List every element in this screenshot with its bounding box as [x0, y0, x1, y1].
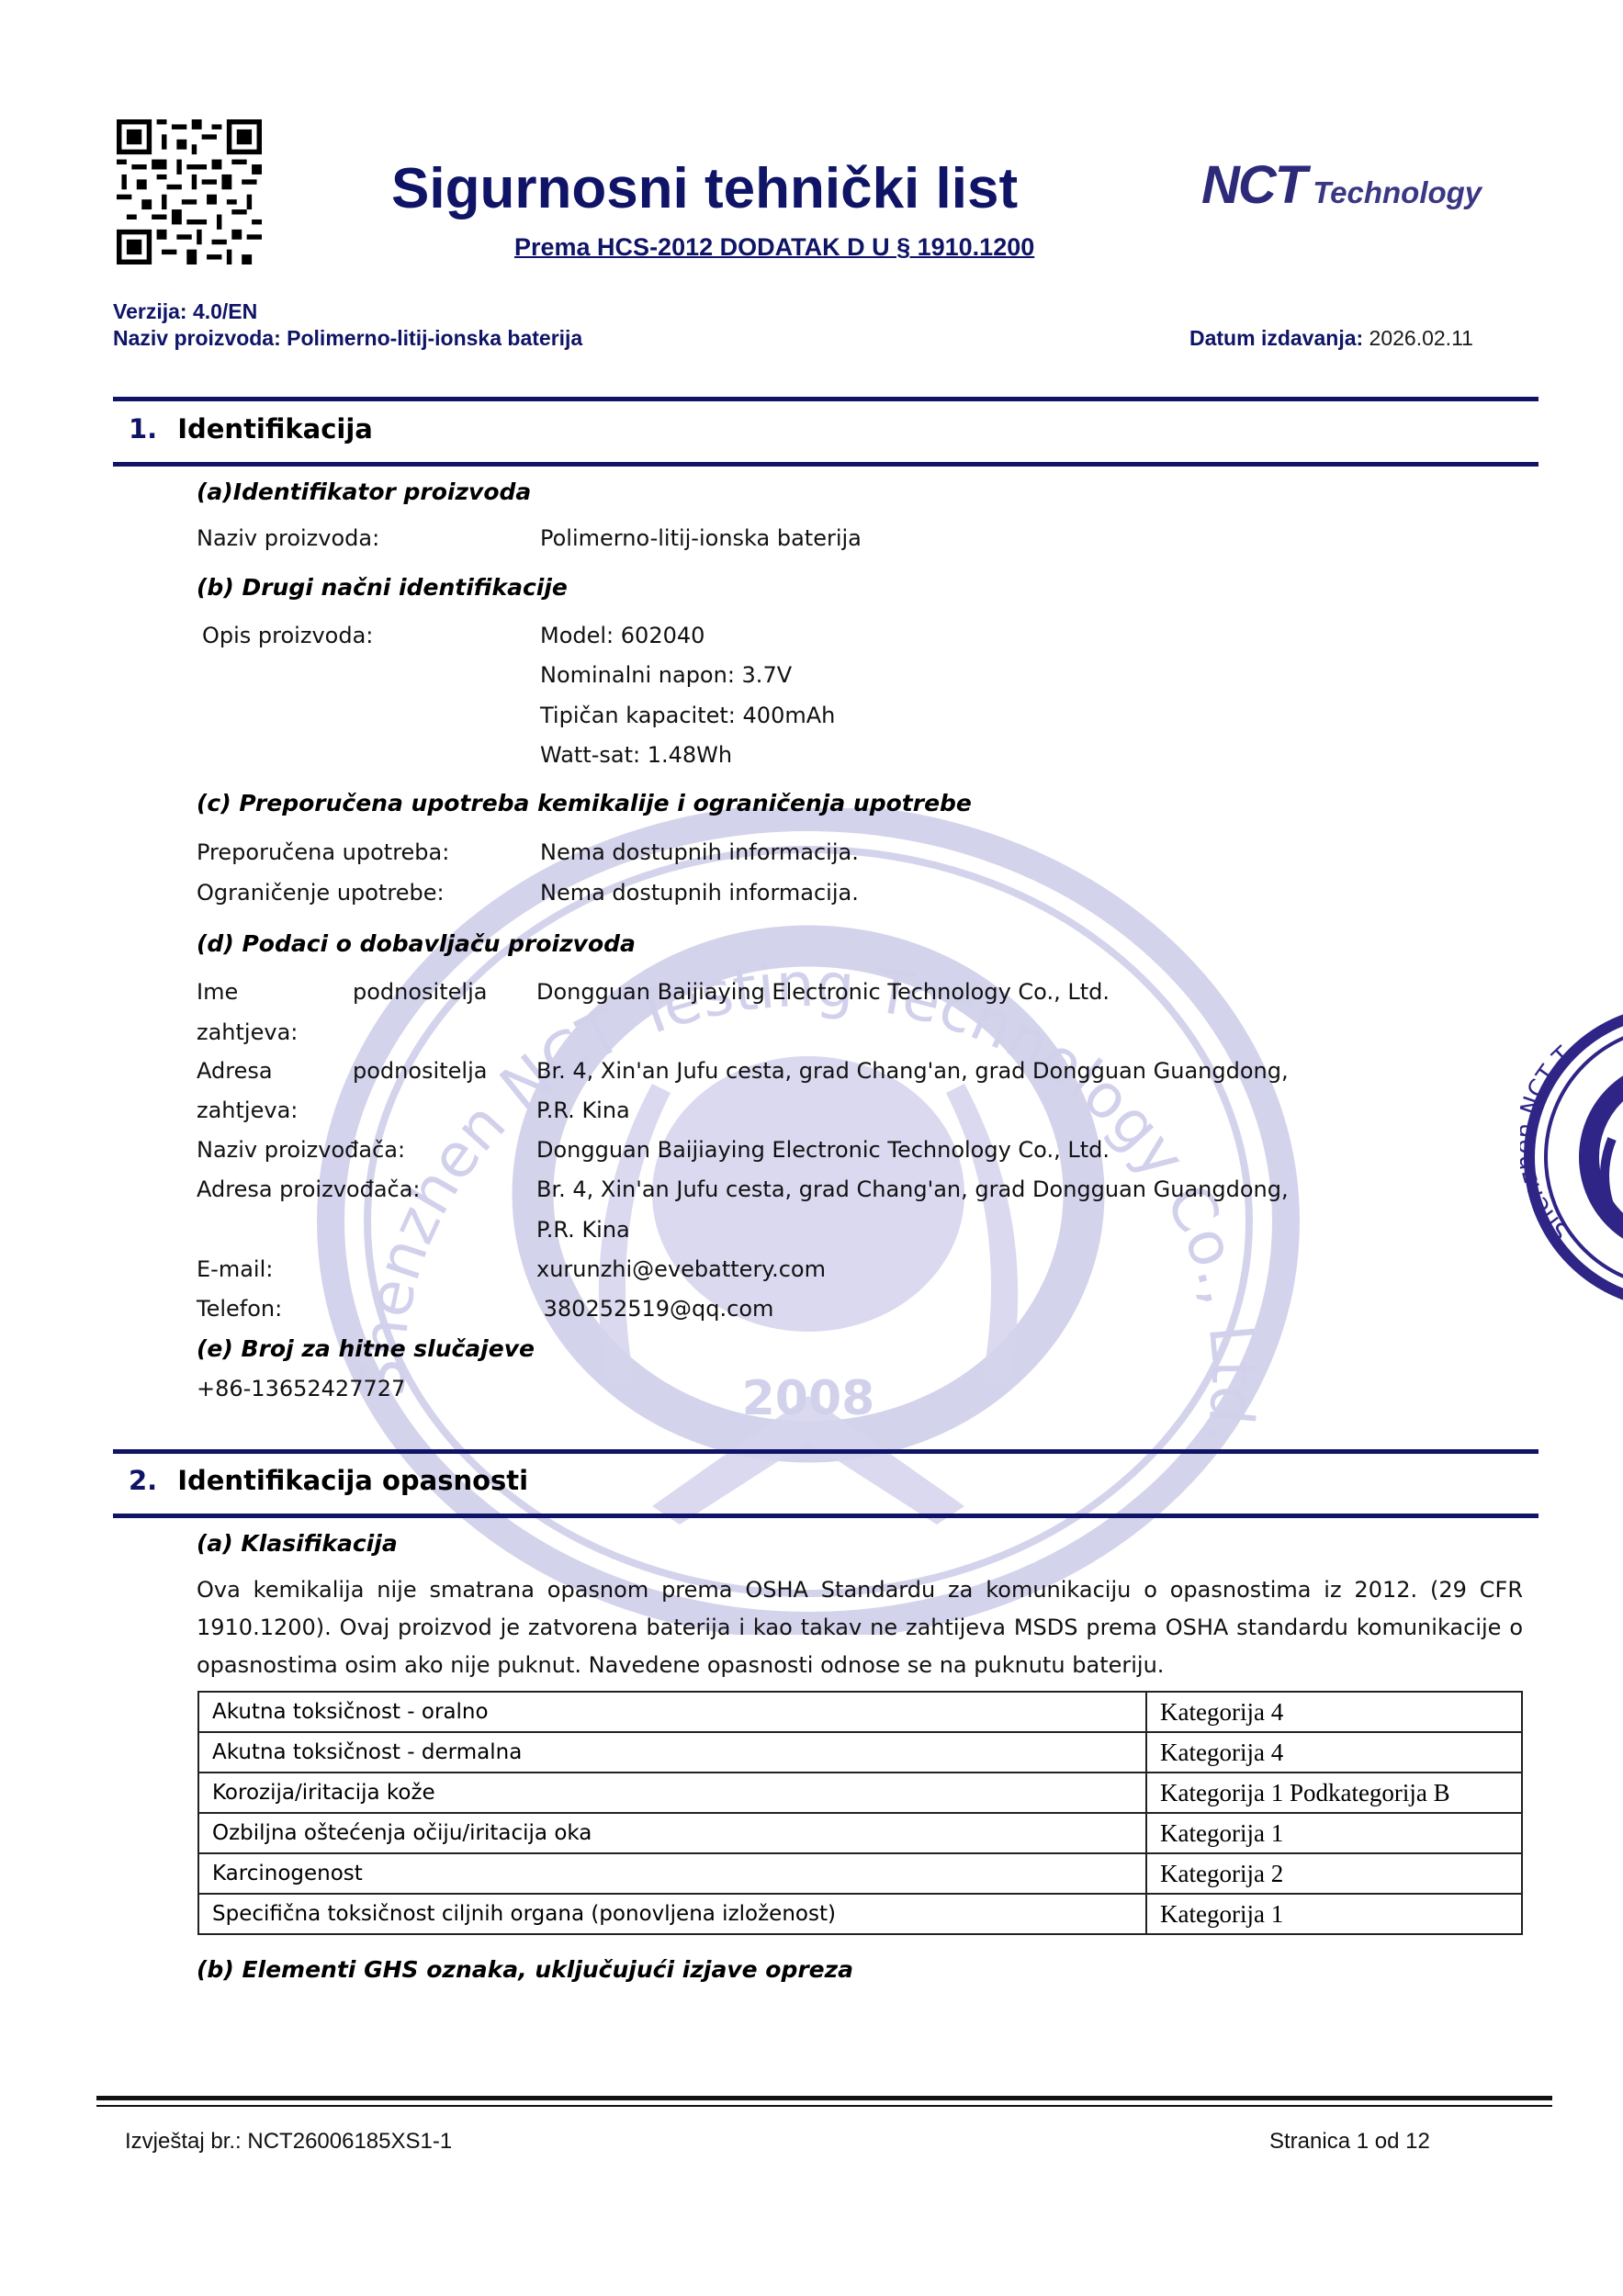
- applicant-address-label: Adresa: [197, 1058, 273, 1084]
- hazard-class: Specifična toksičnost ciljnih organa (po…: [198, 1894, 1146, 1934]
- hazard-category: Kategorija 1: [1146, 1813, 1522, 1853]
- subheading-c: (c) Preporučena upotreba kemikalije i og…: [197, 790, 972, 816]
- emergency-number: +86-13652427727: [197, 1376, 405, 1401]
- subheading-e: (e) Broj za hitne slučajeve: [197, 1335, 535, 1362]
- hazard-class: Ozbiljna oštećenja očiju/iritacija oka: [198, 1813, 1146, 1853]
- hazard-classification-table: Akutna toksičnost - oralnoKategorija 4Ak…: [197, 1691, 1523, 1935]
- applicant-address-value: Br. 4, Xin'an Jufu cesta, grad Chang'an,…: [536, 1058, 1289, 1084]
- product-value: Polimerno-litij-ionska baterija: [287, 326, 582, 350]
- subheading-a: (a)Identifikator proizvoda: [197, 478, 531, 505]
- manufacturer-name-label: Naziv proizvođača:: [197, 1137, 405, 1163]
- issue-date-line: Datum izdavanja: 2026.02.11: [1189, 326, 1473, 351]
- manufacturer-address-value: Br. 4, Xin'an Jufu cesta, grad Chang'an,…: [536, 1176, 1289, 1202]
- footer-divider: [96, 2096, 1552, 2100]
- logo-main: NCT: [1201, 155, 1305, 215]
- document-title: Sigurnosni tehnički list: [391, 156, 1018, 221]
- date-value: 2026.02.11: [1369, 326, 1473, 350]
- hazard-category: Kategorija 1 Podkategorija B: [1146, 1773, 1522, 1813]
- section-1-heading: 1.Identifikacija: [129, 413, 373, 445]
- footer-divider-thin: [96, 2105, 1552, 2107]
- manufacturer-address-value-2: P.R. Kina: [536, 1217, 630, 1243]
- subheading-ghs-elements: (b) Elementi GHS oznaka, uključujući izj…: [197, 1956, 853, 1983]
- watt-hour-value: Watt-sat: 1.48Wh: [540, 742, 732, 768]
- section-2-heading: 2.Identifikacija opasnosti: [129, 1465, 528, 1496]
- section-divider: [113, 462, 1538, 467]
- table-row: Ozbiljna oštećenja očiju/iritacija okaKa…: [198, 1813, 1522, 1853]
- section-number: 1.: [129, 413, 157, 445]
- manufacturer-name-value: Dongguan Baijiaying Electronic Technolog…: [536, 1137, 1110, 1163]
- product-name-value: Polimerno-litij-ionska baterija: [540, 525, 862, 551]
- classification-paragraph: Ova kemikalija nije smatrana opasnom pre…: [197, 1571, 1523, 1684]
- hazard-class: Korozija/iritacija kože: [198, 1773, 1146, 1813]
- applicant-name-label-3: zahtjeva:: [197, 1019, 298, 1045]
- official-stamp: Shenzhen NCT T: [1520, 1001, 1623, 1313]
- voltage-value: Nominalni napon: 3.7V: [540, 662, 792, 688]
- table-row: Akutna toksičnost - oralnoKategorija 4: [198, 1692, 1522, 1732]
- section-divider: [113, 1514, 1538, 1518]
- use-restriction-label: Ograničenje upotrebe:: [197, 880, 445, 906]
- applicant-address-label-2: podnositelja: [353, 1058, 487, 1084]
- version-value: 4.0/EN: [193, 299, 257, 323]
- applicant-address-value-2: P.R. Kina: [536, 1097, 630, 1123]
- hazard-class: Akutna toksičnost - oralno: [198, 1692, 1146, 1732]
- applicant-name-label-2: podnositelja: [353, 979, 487, 1005]
- version-line: Verzija: 4.0/EN: [113, 299, 257, 324]
- recommended-use-value: Nema dostupnih informacija.: [540, 839, 859, 865]
- section-number: 2.: [129, 1465, 157, 1496]
- version-label: Verzija:: [113, 299, 187, 323]
- report-value: NCT26006185XS1-1: [247, 2129, 452, 2154]
- page-indicator: Stranica 1 od 12: [1269, 2129, 1430, 2155]
- section-title: Identifikacija opasnosti: [177, 1465, 528, 1496]
- product-name-label: Naziv proizvoda:: [197, 525, 379, 551]
- svg-text:2008: 2008: [742, 1371, 875, 1426]
- subheading-d: (d) Podaci o dobavljaču proizvoda: [197, 930, 636, 957]
- section-divider: [113, 1449, 1538, 1454]
- qr-code: [117, 119, 262, 264]
- product-name-line: Naziv proizvoda: Polimerno-litij-ionska …: [113, 326, 582, 351]
- table-row: Specifična toksičnost ciljnih organa (po…: [198, 1894, 1522, 1934]
- use-restriction-value: Nema dostupnih informacija.: [540, 880, 859, 906]
- applicant-name-label: Ime: [197, 979, 238, 1005]
- table-row: Korozija/iritacija kožeKategorija 1 Podk…: [198, 1773, 1522, 1813]
- hazard-category: Kategorija 1: [1146, 1894, 1522, 1934]
- table-row: KarcinogenostKategorija 2: [198, 1853, 1522, 1894]
- hazard-category: Kategorija 4: [1146, 1732, 1522, 1773]
- nct-logo: NCTTechnology: [1201, 154, 1482, 216]
- date-label: Datum izdavanja:: [1189, 326, 1363, 350]
- subheading-classification: (a) Klasifikacija: [197, 1530, 398, 1557]
- subheading-b: (b) Drugi načni identifikacije: [197, 574, 568, 601]
- hazard-category: Kategorija 4: [1146, 1692, 1522, 1732]
- hazard-class: Karcinogenost: [198, 1853, 1146, 1894]
- report-label: Izvještaj br.:: [125, 2129, 242, 2154]
- section-divider: [113, 397, 1538, 401]
- phone-value: 380252519@qq.com: [536, 1296, 773, 1322]
- hazard-class: Akutna toksičnost - dermalna: [198, 1732, 1146, 1773]
- manufacturer-address-label: Adresa proizvođača:: [197, 1176, 421, 1202]
- regulation-reference: Prema HCS-2012 DODATAK D U § 1910.1200: [514, 233, 1034, 262]
- model-value: Model: 602040: [540, 623, 704, 648]
- report-number: Izvještaj br.: NCT26006185XS1-1: [125, 2129, 452, 2155]
- table-row: Akutna toksičnost - dermalnaKategorija 4: [198, 1732, 1522, 1773]
- product-description-label: Opis proizvoda:: [202, 623, 373, 648]
- section-title: Identifikacija: [177, 413, 373, 445]
- hazard-category: Kategorija 2: [1146, 1853, 1522, 1894]
- capacity-value: Tipičan kapacitet: 400mAh: [540, 703, 835, 728]
- recommended-use-label: Preporučena upotreba:: [197, 839, 449, 865]
- applicant-name-value: Dongguan Baijiaying Electronic Technolog…: [536, 979, 1110, 1005]
- svg-text:Shenzhen NCT T: Shenzhen NCT T: [1520, 1041, 1577, 1245]
- phone-label: Telefon:: [197, 1296, 282, 1322]
- logo-sub: Technology: [1313, 175, 1482, 209]
- email-value[interactable]: xurunzhi@evebattery.com: [536, 1256, 826, 1282]
- applicant-address-label-3: zahtjeva:: [197, 1097, 298, 1123]
- email-label: E-mail:: [197, 1256, 273, 1282]
- product-label: Naziv proizvoda:: [113, 326, 281, 350]
